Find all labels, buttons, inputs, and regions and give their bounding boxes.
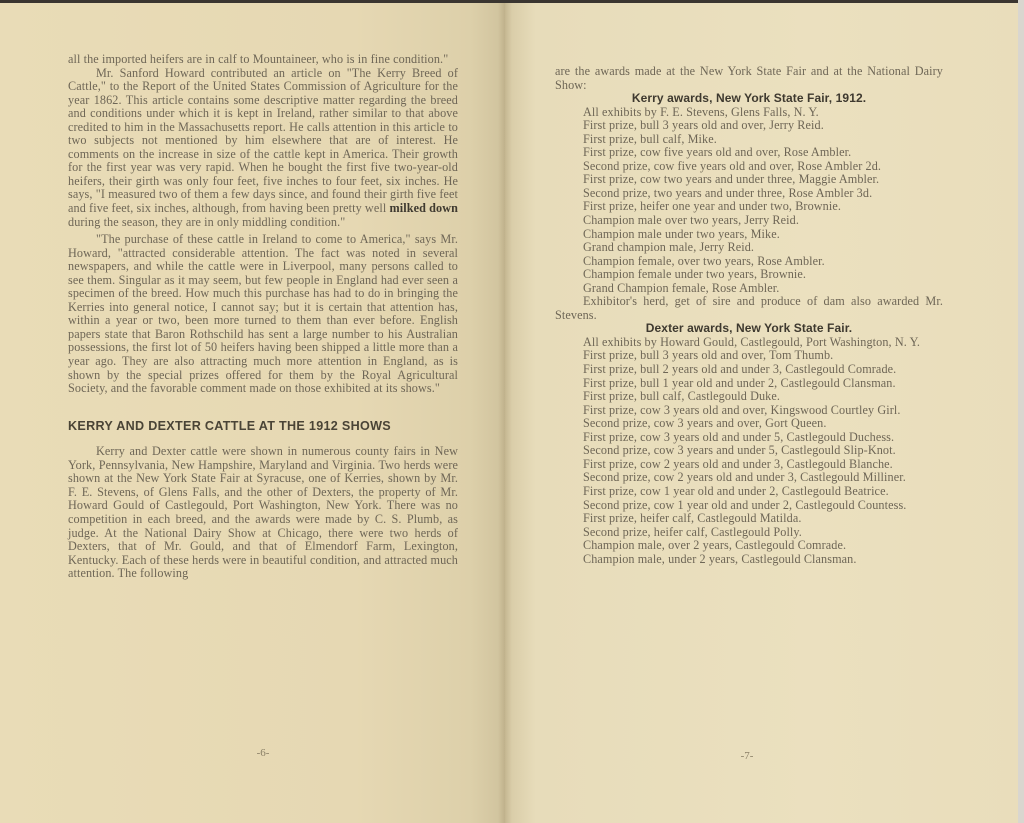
dexter-awards-heading: Dexter awards, New York State Fair. [555,322,943,336]
award-entry: First prize, bull calf, Castlegould Duke… [555,390,943,404]
paragraph-shows: Kerry and Dexter cattle were shown in nu… [68,445,458,580]
award-entry: Champion male, under 2 years, Castlegoul… [555,553,943,567]
award-entry: First prize, bull 1 year old and under 2… [555,377,943,391]
book-spread: all the imported heifers are in calf to … [0,3,1018,823]
award-entry: Champion male, over 2 years, Castlegould… [555,539,943,553]
page-number: -6- [243,747,283,759]
bold-phrase: milked down [389,201,458,215]
section-heading: KERRY AND DEXTER CATTLE AT THE 1912 SHOW… [68,420,458,434]
award-entry: First prize, cow five years old and over… [555,146,943,160]
award-entry: Second prize, cow five years old and ove… [555,160,943,174]
right-page-text: are the awards made at the New York Stat… [555,65,943,566]
award-entry: Grand Champion female, Rose Ambler. [555,282,943,296]
award-entry: Grand champion male, Jerry Reid. [555,241,943,255]
award-entry: First prize, cow 1 year old and under 2,… [555,485,943,499]
paragraph-continued: all the imported heifers are in calf to … [68,53,458,67]
kerry-awards-heading: Kerry awards, New York State Fair, 1912. [555,92,943,106]
paragraph-text-end: during the season, they are in only midd… [68,215,345,229]
intro-text: are the awards made at the New York Stat… [555,65,943,92]
paragraph-howard-article: Mr. Sanford Howard contributed an articl… [68,67,458,230]
award-entry: First prize, cow 3 years old and over, K… [555,404,943,418]
award-entry: First prize, bull 2 years old and under … [555,363,943,377]
paragraph-purchase: "The purchase of these cattle in Ireland… [68,233,458,396]
award-entry: Second prize, cow 2 years old and under … [555,471,943,485]
paragraph-text: Mr. Sanford Howard contributed an articl… [68,66,458,215]
left-page-text: all the imported heifers are in calf to … [68,53,458,581]
award-entry: First prize, bull 3 years old and over, … [555,349,943,363]
scan-edge [1018,0,1024,823]
book-gutter [498,3,512,823]
award-entry: First prize, cow 3 years old and under 5… [555,431,943,445]
award-entry: Second prize, cow 1 year old and under 2… [555,499,943,513]
award-entry: Second prize, heifer calf, Castlegould P… [555,526,943,540]
award-entry: Second prize, two years and under three,… [555,187,943,201]
award-entry: First prize, bull 3 years old and over, … [555,119,943,133]
award-entry: Champion female, over two years, Rose Am… [555,255,943,269]
award-entry: Champion male under two years, Mike. [555,228,943,242]
award-entry: Champion female under two years, Brownie… [555,268,943,282]
right-page: are the awards made at the New York Stat… [505,3,1018,823]
award-entry: Second prize, cow 3 years and under 5, C… [555,444,943,458]
award-entry: All exhibits by Howard Gould, Castlegoul… [555,336,943,350]
award-entry: Champion male over two years, Jerry Reid… [555,214,943,228]
award-entry: First prize, cow 2 years old and under 3… [555,458,943,472]
left-page: all the imported heifers are in calf to … [0,3,505,823]
award-entry: First prize, bull calf, Mike. [555,133,943,147]
award-entry: First prize, heifer one year and under t… [555,200,943,214]
award-entry: Exhibitor's herd, get of sire and produc… [555,295,943,322]
award-entry: First prize, heifer calf, Castlegould Ma… [555,512,943,526]
award-entry: All exhibits by F. E. Stevens, Glens Fal… [555,106,943,120]
page-number: -7- [727,750,767,762]
award-entry: First prize, cow two years and under thr… [555,173,943,187]
award-entry: Second prize, cow 3 years and over, Gort… [555,417,943,431]
